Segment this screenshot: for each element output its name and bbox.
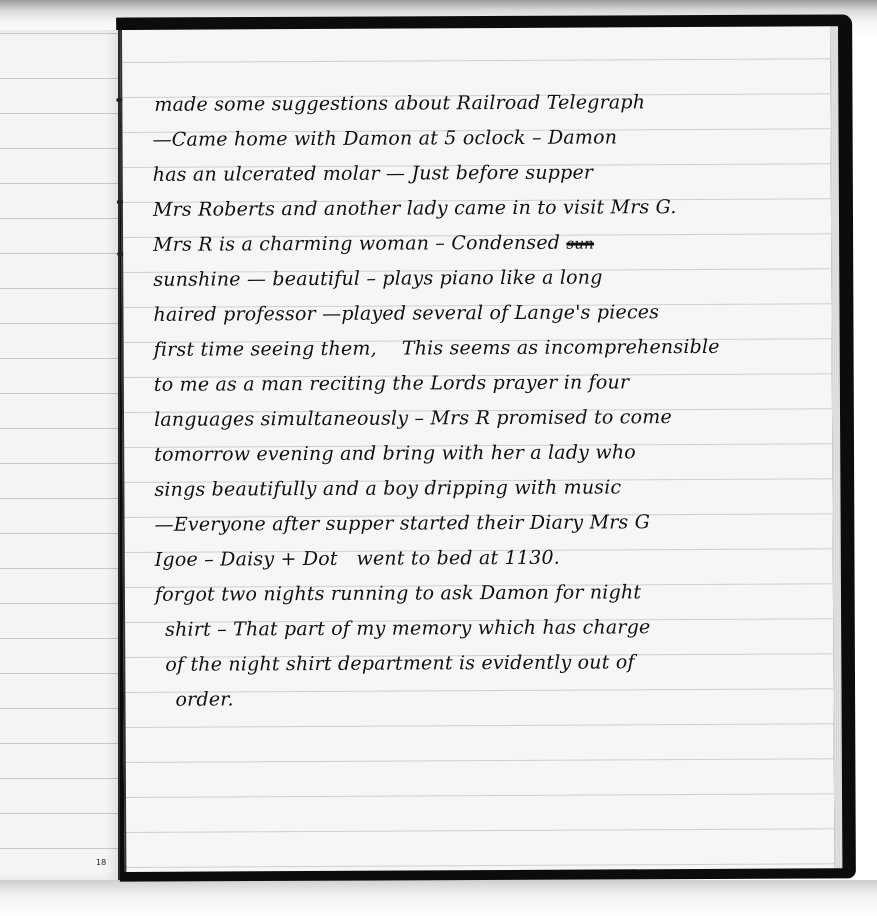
binding-stitch <box>117 200 123 204</box>
entry-line: sunshine — beautiful – plays piano like … <box>153 259 823 298</box>
entry-line: tomorrow evening and bring with her a la… <box>154 434 824 473</box>
entry-line: Igoe – Daisy + Dot went to bed at 1130. <box>155 539 825 578</box>
page-number: 18 <box>96 858 106 867</box>
struck-word: sun <box>566 235 594 253</box>
entry-line-text: Mrs R is a charming woman – Condensed <box>153 232 560 256</box>
scanner-background-bottom <box>0 880 877 916</box>
entry-line: first time seeing them, This seems as in… <box>154 329 824 368</box>
entry-line: —Everyone after supper started their Dia… <box>155 504 825 543</box>
entry-line: order. <box>155 679 825 718</box>
entry-line: to me as a man reciting the Lords prayer… <box>154 364 824 403</box>
entry-line: forgot two nights running to ask Damon f… <box>155 574 825 613</box>
entry-line: Mrs Roberts and another lady came in to … <box>153 189 823 228</box>
entry-line-with-strike: Mrs R is a charming woman – Condensed su… <box>153 224 823 263</box>
entry-line: shirt – That part of my memory which has… <box>155 609 825 648</box>
entry-line: of the night shirt department is evident… <box>155 644 825 683</box>
entry-line: has an ulcerated molar — Just before sup… <box>153 154 823 193</box>
diary-entry: made some suggestions about Railroad Tel… <box>152 84 825 717</box>
entry-line: made some suggestions about Railroad Tel… <box>152 84 822 123</box>
entry-line: languages simultaneously – Mrs R promise… <box>154 399 824 438</box>
left-page <box>0 30 120 880</box>
entry-line: haired professor —played several of Lang… <box>153 294 823 333</box>
entry-line: sings beautifully and a boy dripping wit… <box>154 469 824 508</box>
right-page: made some suggestions about Railroad Tel… <box>120 26 834 872</box>
binding-stitch <box>117 252 123 256</box>
binding-stitch <box>116 98 122 102</box>
entry-line: —Came home with Damon at 5 oclock – Damo… <box>152 119 822 158</box>
